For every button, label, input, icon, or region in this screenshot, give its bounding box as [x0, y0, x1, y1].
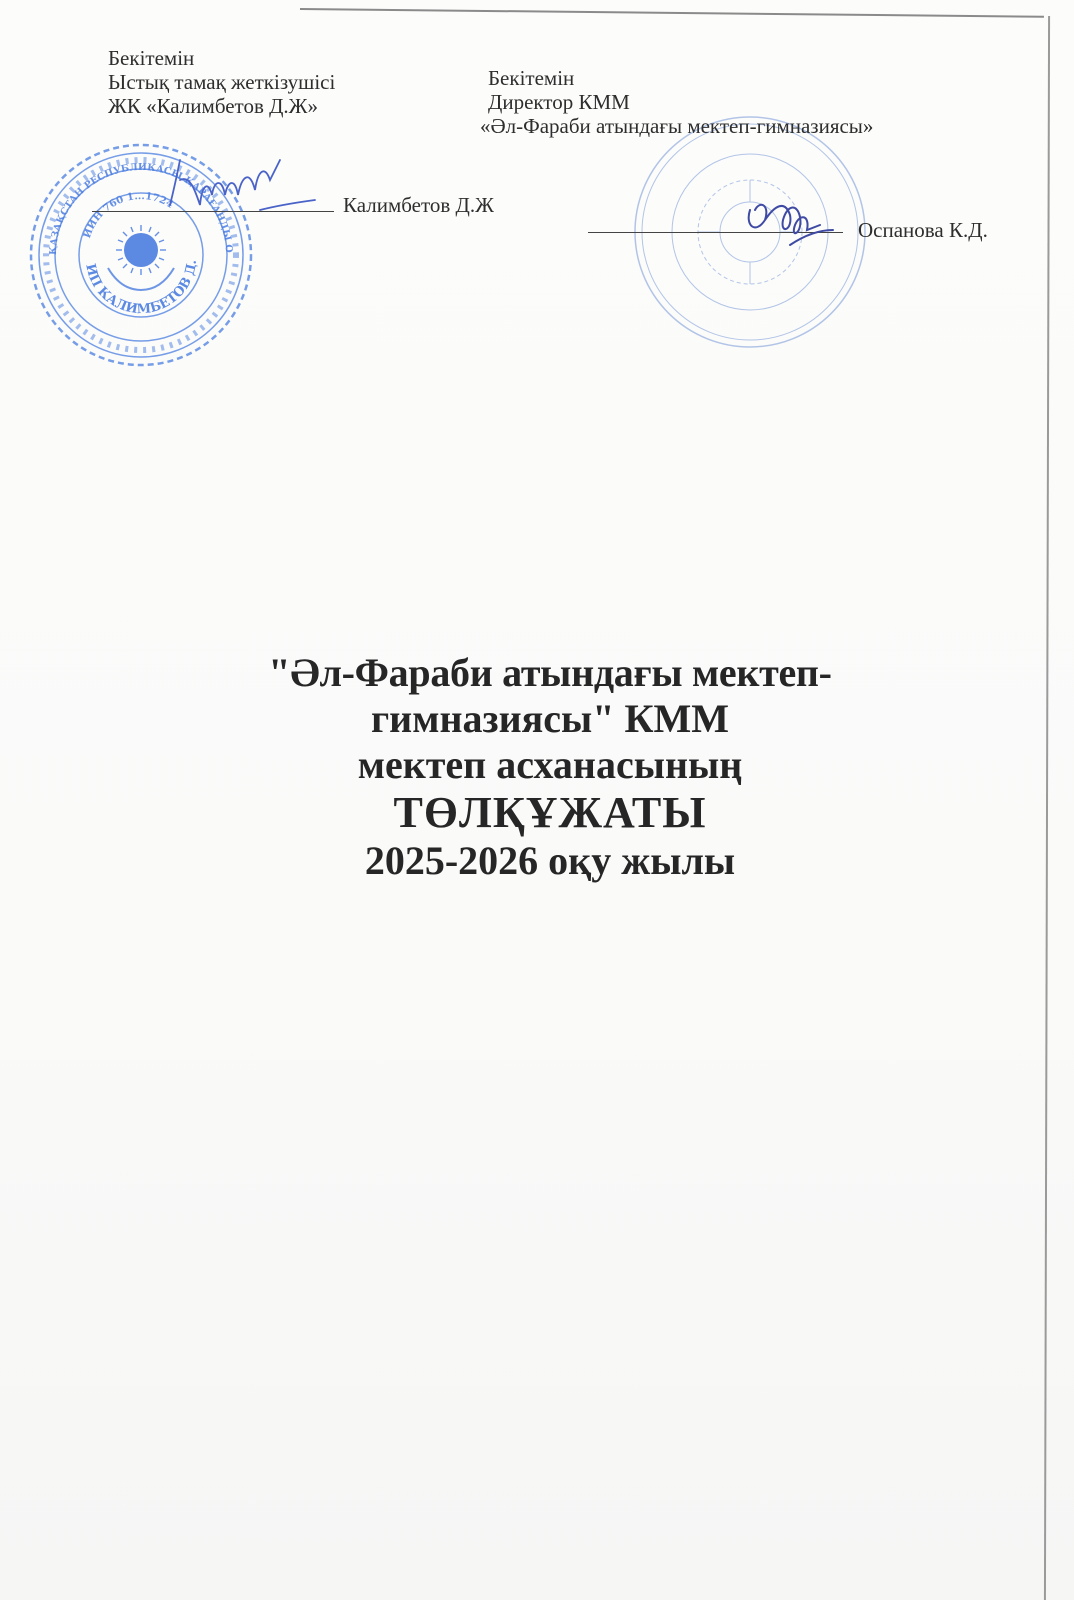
signatory-director: Оспанова К.Д. [858, 218, 988, 243]
approval-label: Бекітемін [108, 46, 335, 70]
approval-block-supplier: Бекітемін Ыстық тамақ жеткізушісі ЖК «Ка… [108, 46, 335, 118]
title-line-4: ТӨЛҚҰЖАТЫ [200, 788, 900, 838]
approval-label: Бекітемін [488, 66, 873, 90]
title-line-1: "Әл-Фараби атындағы мектеп- [200, 650, 900, 696]
signature-icon [150, 150, 320, 220]
signatory-supplier: Калимбетов Д.Ж [343, 193, 494, 218]
document-title: "Әл-Фараби атындағы мектеп- гимназиясы" … [200, 650, 900, 884]
academic-year: 2025-2026 оқу жылы [200, 838, 900, 884]
signature-icon [735, 185, 835, 255]
director-role: Директор КММ [488, 90, 873, 114]
approval-block-director: Бекітемін Директор КММ «Әл-Фараби атында… [488, 66, 873, 138]
document-page: ҚАЗАҚСТАН РЕСПУБЛИКАСЫ ҚАРАҒАНДЫ ОБЛЫСЫ … [0, 0, 1074, 1600]
supplier-name: ЖК «Калимбетов Д.Ж» [108, 94, 335, 118]
page-right-edge [1044, 16, 1050, 1600]
page-top-edge [300, 8, 1044, 22]
school-name: «Әл-Фараби атындағы мектеп-гимназиясы» [480, 114, 873, 138]
title-line-2: гимназиясы" КММ [200, 696, 900, 742]
supplier-role: Ыстық тамақ жеткізушісі [108, 70, 335, 94]
title-line-3: мектеп асханасының [200, 742, 900, 788]
